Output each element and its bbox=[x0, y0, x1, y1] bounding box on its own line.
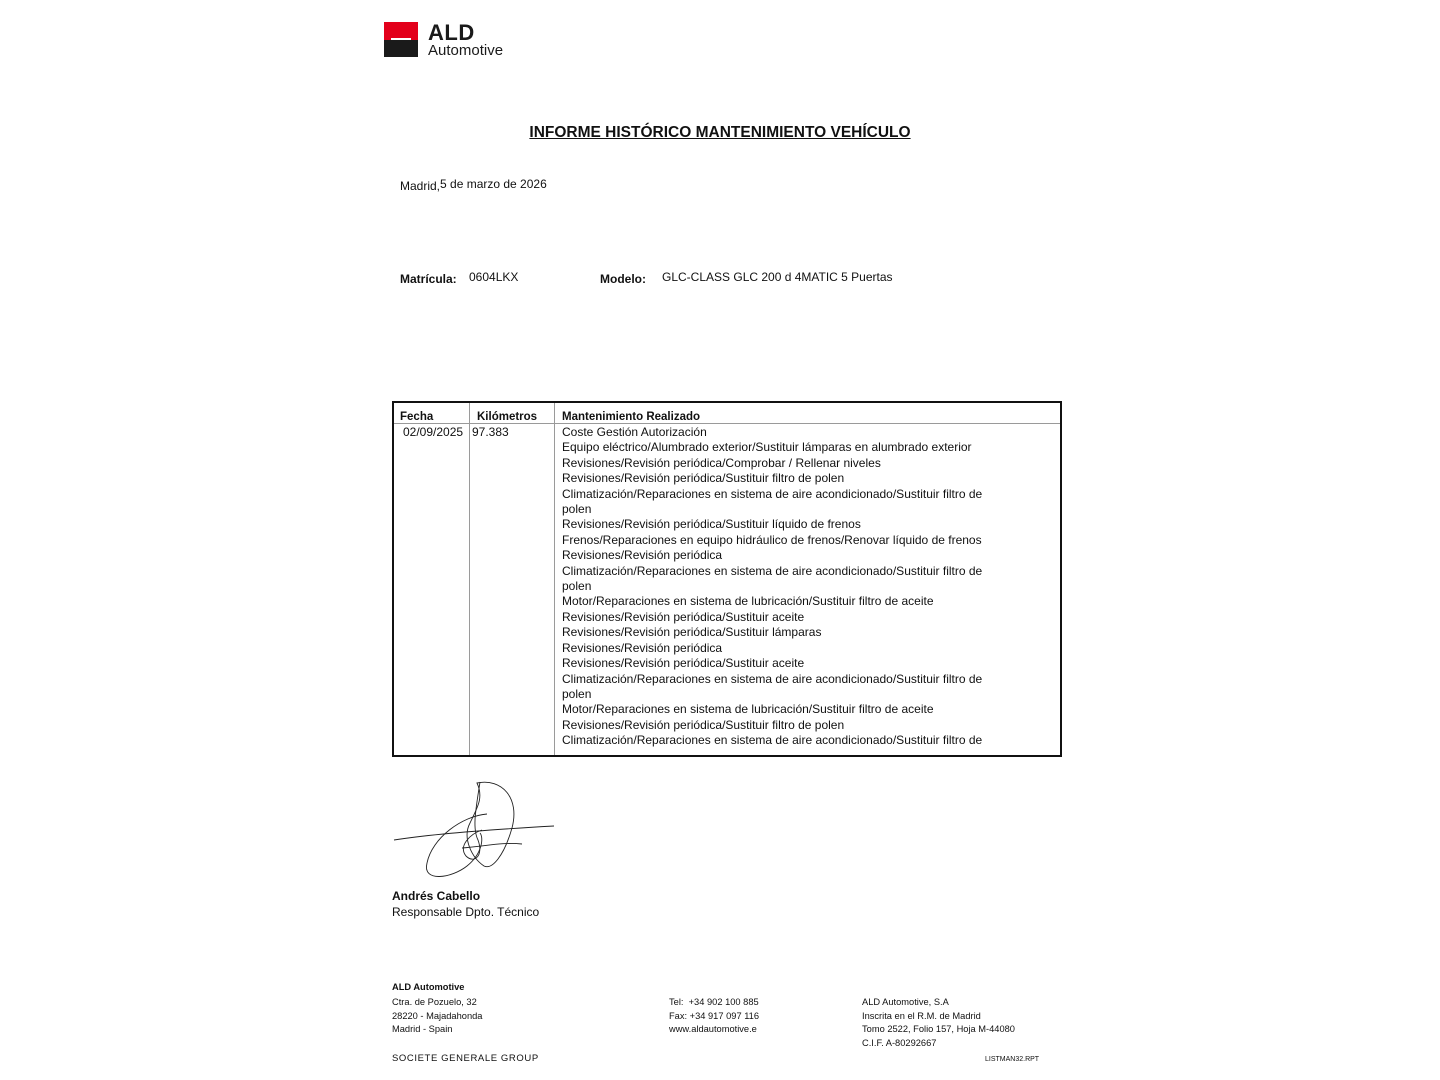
logo-sub: Automotive bbox=[428, 42, 503, 59]
place-date: Madrid,5 de marzo de 2026 bbox=[400, 177, 547, 191]
footer-fax: Fax: +34 917 097 116 bbox=[669, 1010, 759, 1024]
maintenance-line: Climatización/Reparaciones en sistema de… bbox=[562, 487, 982, 502]
footer-contact: Tel: +34 902 100 885 Fax: +34 917 097 11… bbox=[669, 996, 759, 1037]
row-km: 97.383 bbox=[472, 425, 509, 439]
column-header-km: Kilómetros bbox=[477, 411, 537, 423]
signature-image bbox=[392, 778, 557, 883]
signer-role: Responsable Dpto. Técnico bbox=[392, 905, 539, 919]
maintenance-line: Motor/Reparaciones en sistema de lubrica… bbox=[562, 594, 982, 609]
maintenance-line: Revisiones/Revisión periódica/Comprobar … bbox=[562, 456, 982, 471]
column-header-maintenance: Mantenimiento Realizado bbox=[562, 411, 700, 423]
row-maintenance-list: Coste Gestión AutorizaciónEquipo eléctri… bbox=[562, 425, 982, 749]
maintenance-line: Revisiones/Revisión periódica bbox=[562, 548, 982, 563]
signer-name: Andrés Cabello bbox=[392, 889, 480, 903]
header-divider bbox=[394, 423, 1060, 424]
maintenance-line: Climatización/Reparaciones en sistema de… bbox=[562, 564, 982, 579]
maintenance-line: Revisiones/Revisión periódica/Sustituir … bbox=[562, 471, 982, 486]
maintenance-line: Revisiones/Revisión periódica/Sustituir … bbox=[562, 625, 982, 640]
maintenance-line: Climatización/Reparaciones en sistema de… bbox=[562, 733, 982, 748]
column-divider bbox=[554, 403, 555, 755]
maintenance-line: Equipo eléctrico/Alumbrado exterior/Sust… bbox=[562, 440, 982, 455]
logo-mark-icon bbox=[384, 22, 418, 57]
maintenance-table: Fecha Kilómetros Mantenimiento Realizado… bbox=[392, 401, 1062, 757]
maintenance-line: Revisiones/Revisión periódica/Sustituir … bbox=[562, 517, 982, 532]
model-value: GLC-CLASS GLC 200 d 4MATIC 5 Puertas bbox=[662, 270, 893, 284]
maintenance-line: polen bbox=[562, 687, 982, 702]
plate-value: 0604LKX bbox=[469, 270, 518, 284]
document-title: INFORME HISTÓRICO MANTENIMIENTO VEHÍCULO bbox=[0, 124, 1440, 142]
maintenance-line: Coste Gestión Autorización bbox=[562, 425, 982, 440]
row-date: 02/09/2025 bbox=[403, 425, 463, 439]
report-code: LISTMAN32.RPT bbox=[985, 1056, 1039, 1063]
place: Madrid, bbox=[400, 179, 440, 193]
plate-label: Matrícula: bbox=[400, 270, 457, 284]
footer-phone: Tel: +34 902 100 885 bbox=[669, 996, 759, 1010]
footer-address: Ctra. de Pozuelo, 32 28220 - Majadahonda… bbox=[392, 996, 482, 1037]
maintenance-line: Climatización/Reparaciones en sistema de… bbox=[562, 672, 982, 687]
date: 5 de marzo de 2026 bbox=[440, 177, 547, 191]
maintenance-line: polen bbox=[562, 502, 982, 517]
ald-automotive-logo: ALD Automotive bbox=[384, 22, 512, 60]
maintenance-line: Revisiones/Revisión periódica bbox=[562, 641, 982, 656]
model-label: Modelo: bbox=[600, 270, 646, 284]
maintenance-line: Revisiones/Revisión periódica/Sustituir … bbox=[562, 718, 982, 733]
maintenance-line: polen bbox=[562, 579, 982, 594]
footer-group: SOCIETE GENERALE GROUP bbox=[392, 1053, 539, 1064]
maintenance-line: Motor/Reparaciones en sistema de lubrica… bbox=[562, 702, 982, 717]
maintenance-line: Revisiones/Revisión periódica/Sustituir … bbox=[562, 610, 982, 625]
column-divider bbox=[469, 403, 470, 755]
maintenance-line: Revisiones/Revisión periódica/Sustituir … bbox=[562, 656, 982, 671]
footer-legal: ALD Automotive, S.A Inscrita en el R.M. … bbox=[862, 996, 1015, 1050]
maintenance-line: Frenos/Reparaciones en equipo hidráulico… bbox=[562, 533, 982, 548]
footer-website: www.aldautomotive.e bbox=[669, 1023, 759, 1037]
column-header-fecha: Fecha bbox=[400, 411, 433, 423]
footer-company: ALD Automotive bbox=[392, 981, 464, 995]
